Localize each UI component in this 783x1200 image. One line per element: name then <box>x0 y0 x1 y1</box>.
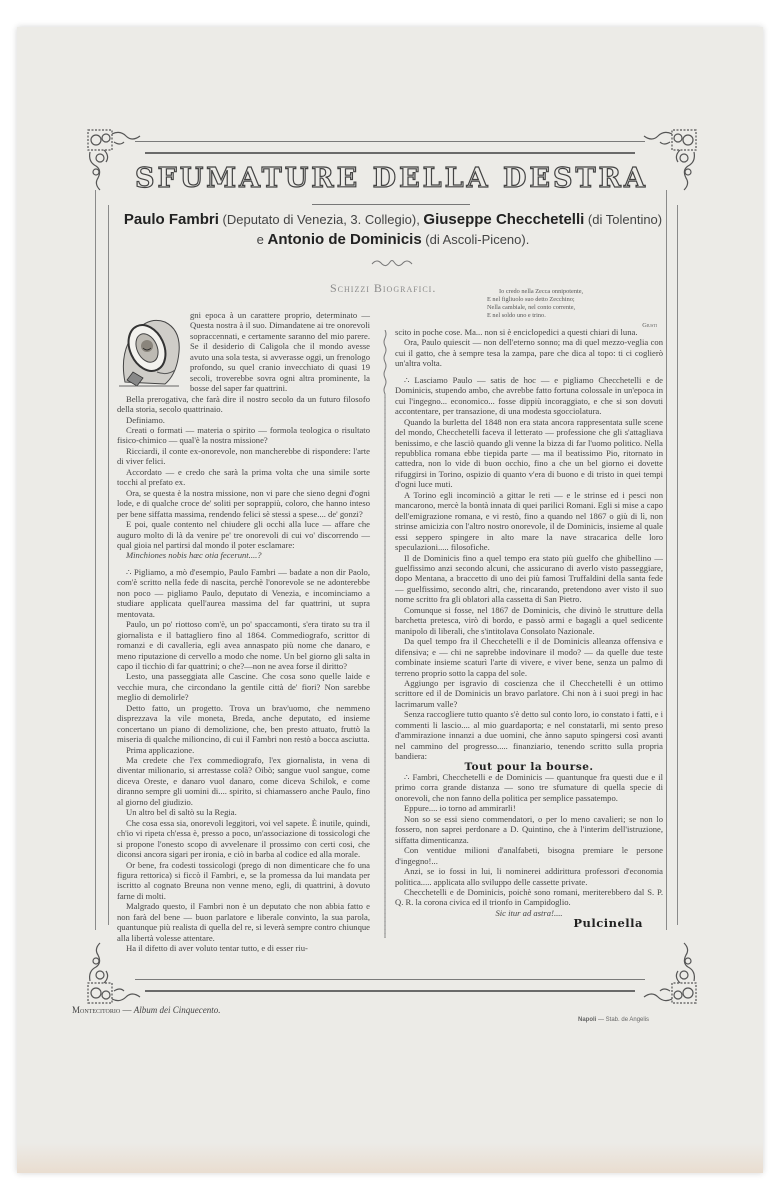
paragraph: Anzi, se io fossi in lui, li nominerei a… <box>395 866 663 887</box>
paragraph: Quando la burletta del 1848 non era stat… <box>395 417 663 490</box>
paragraph: Creati o formati — materia o spirito — f… <box>117 425 370 446</box>
paragraph: ∴ Lasciamo Paulo — satis de hoc — e pigl… <box>395 375 663 417</box>
footer-printer-name: — Stab. de Angelis <box>596 1017 649 1023</box>
paragraph: Definiamo. <box>117 415 370 425</box>
epigraph-line: Io credo nella Zecca onnipotente, <box>487 288 667 296</box>
subtitle-name-dominicis: Antonio de Dominicis <box>268 231 422 248</box>
paragraph: Senza raccogliere tutto quanto s'è detto… <box>395 709 663 761</box>
paragraph: Aggiungo per isgravio di coscienza che i… <box>395 678 663 709</box>
paragraph: Detto fatto, un progetto. Trova un brav'… <box>117 703 370 745</box>
flourish-ornament-icon <box>370 255 414 265</box>
frame-left-inner-line <box>108 205 109 925</box>
footer-publication: Montecitorio — Album dei Cinquecento. <box>72 1005 220 1015</box>
paragraph: Ricciardi, il conte ex-onorevole, non ma… <box>117 446 370 467</box>
subtitle-name-fambri: Paulo Fambri <box>124 211 219 228</box>
paragraph: Il de Dominicis fino a quel tempo era st… <box>395 553 663 605</box>
paragraph: Bella prerogativa, che farà dire il nost… <box>117 394 370 415</box>
section-heading: Schizzi Biografici. <box>330 281 436 296</box>
frame-top-inner-line <box>145 152 635 154</box>
right-column: scito in poche cose. Ma... non si è enci… <box>395 327 663 929</box>
paragraph: Ma credete che l'ex commediografo, l'ex … <box>117 755 370 807</box>
paragraph: Ora, Paulo quiescit — non dell'eterno so… <box>395 337 663 368</box>
paragraph: ∴ Fambri, Checchetelli e de Dominicis — … <box>395 772 663 803</box>
subtitle-detail-checchetelli: (di Tolentino) <box>584 212 662 227</box>
paragraph: Che cosa essa sia, onorevoli leggitori, … <box>117 818 370 860</box>
paragraph: Prima applicazione. <box>117 745 370 755</box>
subtitle-name-checchetelli: Giuseppe Checchetelli <box>423 211 584 228</box>
epigraph: Io credo nella Zecca onnipotente, E nel … <box>487 288 667 330</box>
paragraph: Accordato — e credo che sarà la prima vo… <box>117 467 370 488</box>
page-title: SFUMATURE DELLA DESTRA <box>0 163 783 194</box>
frame-top-outer-line <box>135 141 645 142</box>
paragraph: Or bene, fra codesti tossicologi (prego … <box>117 860 370 902</box>
paragraph: Paulo, un po' riottoso com'è, un po' spa… <box>117 619 370 671</box>
paper-edge-tint <box>17 1143 763 1173</box>
frame-bottom-outer-line <box>135 979 645 980</box>
paragraph: Da quel tempo fra il Checchetelli e il d… <box>395 636 663 678</box>
epigraph-line: E nel soldo uno e trino. <box>487 312 667 320</box>
paragraph: Checchetelli e de Dominicis, poichè sono… <box>395 887 663 908</box>
subtitle-detail-fambri: (Deputato di Venezia, 3. Collegio), <box>219 212 424 227</box>
motto-heading: Tout pour la bourse. <box>395 762 663 772</box>
column-divider <box>382 330 388 938</box>
paragraph: Ora, se questa è la nostra missione, non… <box>117 488 370 519</box>
subtitle-detail-dominicis: (di Ascoli-Piceno). <box>422 232 530 247</box>
dropcap-illustration-icon <box>117 312 184 390</box>
paragraph: E poi, quale contento nel chiudere gli o… <box>117 519 370 550</box>
paragraph: A Torino egli incominciò a gittar le ret… <box>395 490 663 553</box>
epigraph-line: Nella cambiale, nel conto corrente, <box>487 304 667 312</box>
footer-printer-place: Napoli <box>578 1017 596 1023</box>
author-signature: Pulcinella <box>395 918 663 928</box>
paragraph: Non so se essi sieno commendatori, o per… <box>395 814 663 845</box>
footer-printer: Napoli — Stab. de Angelis <box>578 1017 649 1023</box>
frame-bottom-inner-line <box>145 990 635 992</box>
footer-publication-series: Album dei Cinquecento. <box>134 1005 221 1015</box>
paragraph: Un altro bel dì saltò su la Regia. <box>117 807 370 817</box>
epigraph-line: E nel figliuolo suo detto Zecchino; <box>487 296 667 304</box>
paragraph: Con ventidue milioni d'analfabeti, bisog… <box>395 845 663 866</box>
subtitle-conjunction: e <box>257 232 268 247</box>
corner-ornament-bottom-right-icon <box>640 935 698 1005</box>
paragraph: Comunque si fosse, nel 1867 de Dominicis… <box>395 605 663 636</box>
subtitle: Paulo Fambri (Deputato di Venezia, 3. Co… <box>110 210 676 250</box>
title-rule-divider <box>312 204 470 205</box>
paragraph: Malgrado questo, il Fambri non è un depu… <box>117 901 370 943</box>
footer-publication-name: Montecitorio <box>72 1005 120 1015</box>
frame-left-outer-line <box>95 190 96 930</box>
left-column: gni epoca à un carattere proprio, determ… <box>117 310 370 954</box>
frame-right-outer-line <box>677 205 678 925</box>
footer-dash: — <box>120 1005 134 1015</box>
paragraph: ∴ Pigliamo, a mò d'esempio, Paulo Fambri… <box>117 567 370 619</box>
paragraph-latin-quote: Minchiones nobis hæc otia fecerunt....? <box>117 550 370 560</box>
paragraph: Lesto, una passeggiata alle Cascine. Che… <box>117 671 370 702</box>
paragraph: Ha il difetto di aver voluto tentar tutt… <box>117 943 370 953</box>
paragraph: Eppure.... io torno ad ammirarli! <box>395 803 663 813</box>
paragraph: scito in poche cose. Ma... non si è enci… <box>395 327 663 337</box>
